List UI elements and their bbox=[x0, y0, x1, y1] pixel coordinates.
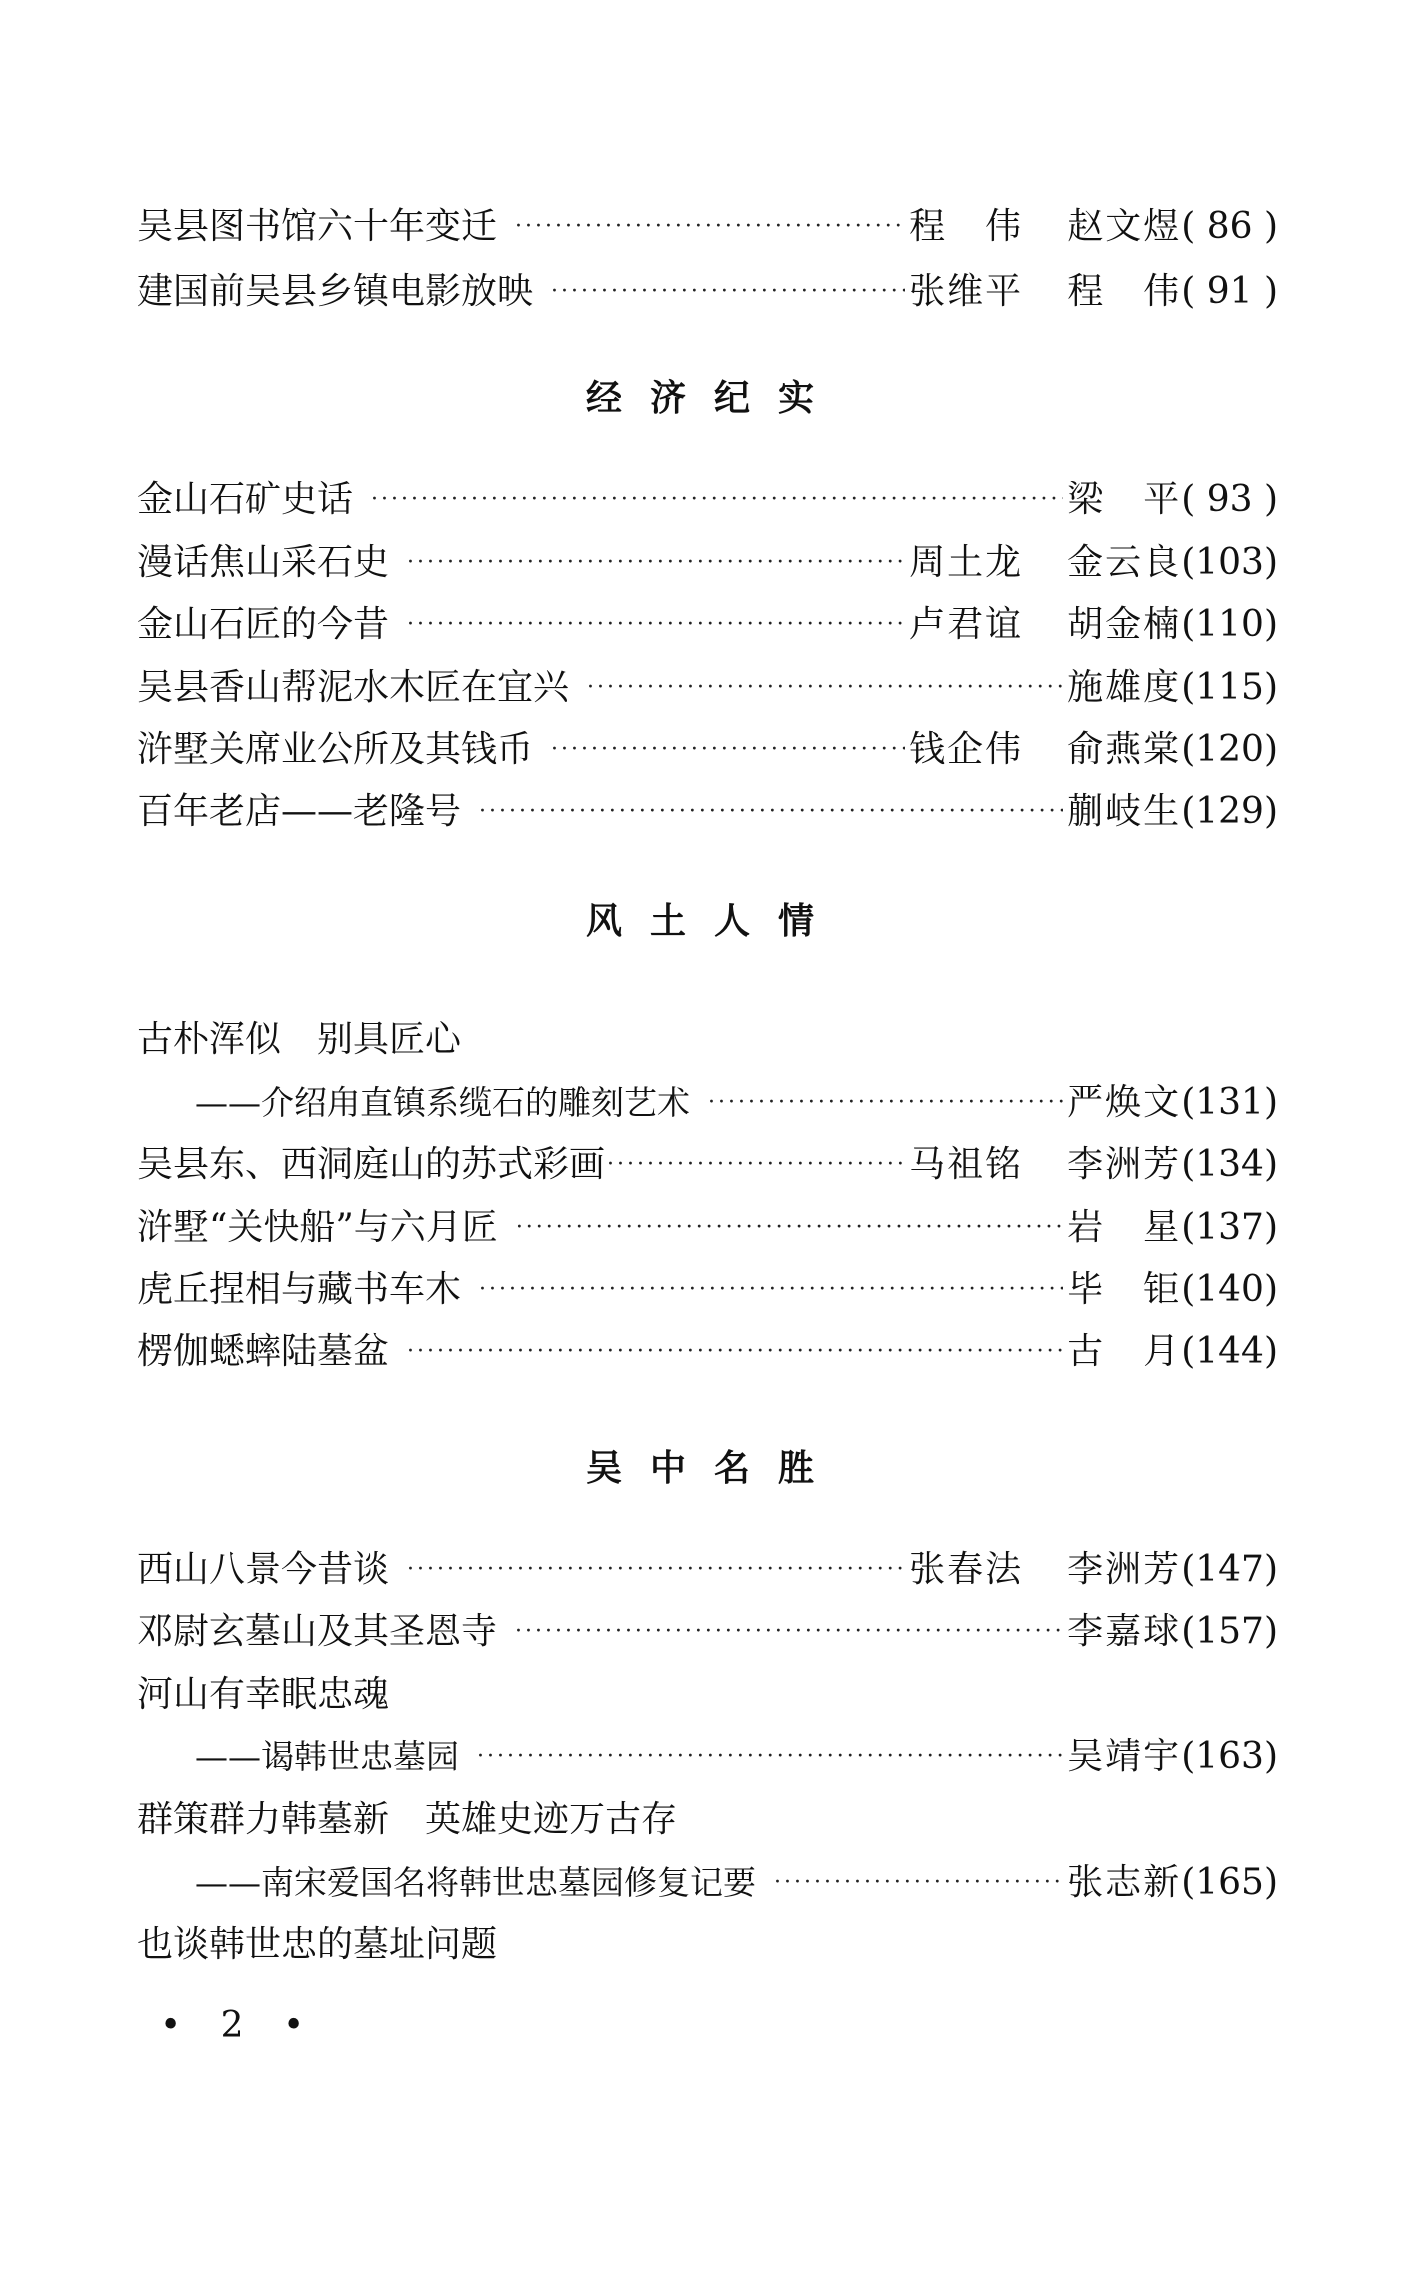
entry-author: 严焕文 bbox=[1067, 1078, 1181, 1128]
leader-dots bbox=[515, 202, 905, 252]
entry-author: 施雄度 bbox=[1067, 663, 1181, 713]
entry-page: (163) bbox=[1181, 1732, 1278, 1782]
leader-dots bbox=[551, 267, 905, 317]
entry-author: 卢君谊胡金楠 bbox=[909, 600, 1181, 650]
toc-entry: 也谈韩世忠的墓址问题 bbox=[137, 1920, 1278, 1970]
leader-dots bbox=[407, 1545, 905, 1595]
entry-subtitle: ——南宋爱国名将韩世忠墓园修复记要 bbox=[195, 1858, 756, 1908]
leader-dots bbox=[371, 475, 1063, 525]
leader-dots bbox=[516, 1203, 1063, 1253]
entry-title: 吴县香山帮泥水木匠在宜兴 bbox=[137, 663, 569, 713]
entry-author: 毕 钜 bbox=[1067, 1265, 1181, 1315]
entry-author: 马祖铭李洲芳 bbox=[909, 1140, 1181, 1190]
toc-entry: 漫话焦山采石史 周土龙金云良 (103) bbox=[137, 538, 1278, 588]
entry-page: ( 91 ) bbox=[1181, 267, 1278, 317]
entry-author: 钱企伟俞燕棠 bbox=[909, 725, 1181, 775]
entry-title: 西山八景今昔谈 bbox=[137, 1545, 389, 1595]
section-heading: 经济纪实 bbox=[0, 370, 1428, 421]
entry-page: (129) bbox=[1181, 787, 1278, 837]
entry-title: 建国前吴县乡镇电影放映 bbox=[137, 267, 533, 317]
toc-entry: 金山石匠的今昔 卢君谊胡金楠 (110) bbox=[137, 600, 1278, 650]
toc-entry: 吴县图书馆六十年变迁 程 伟赵文煜 ( 86 ) bbox=[137, 202, 1278, 252]
toc-entry: 古朴浑似 别具匠心 bbox=[137, 1015, 1278, 1065]
entry-author: 周土龙金云良 bbox=[909, 538, 1181, 588]
toc-entry: 建国前吴县乡镇电影放映 张维平程 伟 ( 91 ) bbox=[137, 267, 1278, 317]
toc-subentry: ——南宋爱国名将韩世忠墓园修复记要 张志新 (165) bbox=[195, 1858, 1278, 1908]
toc-entry: 百年老店——老隆号 蒯岐生 (129) bbox=[137, 787, 1278, 837]
page-number: • 2 • bbox=[160, 2005, 318, 2046]
entry-title: 百年老店——老隆号 bbox=[137, 787, 461, 837]
toc-entry: 吴县香山帮泥水木匠在宜兴 施雄度 (115) bbox=[137, 663, 1278, 713]
entry-page: (144) bbox=[1181, 1327, 1278, 1377]
leader-dots bbox=[407, 538, 905, 588]
toc-entry: 群策群力韩墓新 英雄史迹万古存 bbox=[137, 1795, 1278, 1845]
leader-dots bbox=[515, 1607, 1063, 1657]
entry-page: (120) bbox=[1181, 725, 1278, 775]
entry-author: 梁 平 bbox=[1067, 475, 1181, 525]
entry-author: 张志新 bbox=[1067, 1858, 1181, 1908]
entry-title: 群策群力韩墓新 英雄史迹万古存 bbox=[137, 1795, 677, 1845]
entry-author: 蒯岐生 bbox=[1067, 787, 1181, 837]
leader-dots bbox=[708, 1078, 1063, 1128]
entry-author: 张维平程 伟 bbox=[909, 267, 1181, 317]
entry-author: 李嘉球 bbox=[1067, 1607, 1181, 1657]
entry-title: 古朴浑似 别具匠心 bbox=[137, 1015, 461, 1065]
toc-entry: 邓尉玄墓山及其圣恩寺 李嘉球 (157) bbox=[137, 1607, 1278, 1657]
entry-page: (134) bbox=[1181, 1140, 1278, 1190]
leader-dots bbox=[479, 787, 1063, 837]
section-heading: 风土人情 bbox=[0, 893, 1428, 944]
leader-dots bbox=[407, 600, 905, 650]
entry-page: (137) bbox=[1181, 1203, 1278, 1253]
toc-entry: 河山有幸眠忠魂 bbox=[137, 1670, 1278, 1720]
entry-page: (103) bbox=[1181, 538, 1278, 588]
entry-subtitle: ——谒韩世忠墓园 bbox=[195, 1732, 459, 1782]
entry-title: 金山石匠的今昔 bbox=[137, 600, 389, 650]
entry-author: 岩 星 bbox=[1067, 1203, 1181, 1253]
entry-subtitle: ——介绍甪直镇系缆石的雕刻艺术 bbox=[195, 1078, 690, 1128]
entry-page: (110) bbox=[1181, 600, 1278, 650]
entry-page: ( 93 ) bbox=[1181, 475, 1278, 525]
entry-title: 邓尉玄墓山及其圣恩寺 bbox=[137, 1607, 497, 1657]
entry-page: (131) bbox=[1181, 1078, 1278, 1128]
section-heading: 吴中名胜 bbox=[0, 1440, 1428, 1491]
entry-title: 吴县图书馆六十年变迁 bbox=[137, 202, 497, 252]
leader-dots bbox=[551, 725, 905, 775]
entry-title: 也谈韩世忠的墓址问题 bbox=[137, 1920, 497, 1970]
toc-entry: 吴县东、西洞庭山的苏式彩画 马祖铭李洲芳 (134) bbox=[137, 1140, 1278, 1190]
toc-entry: 金山石矿史话 梁 平 ( 93 ) bbox=[137, 475, 1278, 525]
entry-title: 河山有幸眠忠魂 bbox=[137, 1670, 389, 1720]
entry-author: 古 月 bbox=[1067, 1327, 1181, 1377]
entry-author: 张春法李洲芳 bbox=[909, 1545, 1181, 1595]
leader-dots bbox=[587, 663, 1063, 713]
entry-page: ( 86 ) bbox=[1181, 202, 1278, 252]
toc-entry: 楞伽蟋蟀陆墓盆 古 月 (144) bbox=[137, 1327, 1278, 1377]
entry-page: (165) bbox=[1181, 1858, 1278, 1908]
toc-entry: 虎丘捏相与藏书车木 毕 钜 (140) bbox=[137, 1265, 1278, 1315]
toc-entry: 浒墅关席业公所及其钱币 钱企伟俞燕棠 (120) bbox=[137, 725, 1278, 775]
entry-title: 浒墅关席业公所及其钱币 bbox=[137, 725, 533, 775]
entry-page: (147) bbox=[1181, 1545, 1278, 1595]
entry-author: 吴靖宇 bbox=[1067, 1732, 1181, 1782]
toc-entry: 浒墅“关快船”与六月匠 岩 星 (137) bbox=[137, 1203, 1278, 1253]
leader-dots bbox=[774, 1858, 1063, 1908]
entry-title: 浒墅“关快船”与六月匠 bbox=[137, 1203, 498, 1253]
entry-title: 吴县东、西洞庭山的苏式彩画 bbox=[137, 1140, 605, 1190]
entry-title: 金山石矿史话 bbox=[137, 475, 353, 525]
entry-author: 程 伟赵文煜 bbox=[909, 202, 1181, 252]
leader-dots bbox=[479, 1265, 1063, 1315]
leader-dots bbox=[607, 1140, 905, 1190]
entry-page: (115) bbox=[1181, 663, 1278, 713]
entry-page: (140) bbox=[1181, 1265, 1278, 1315]
toc-subentry: ——谒韩世忠墓园 吴靖宇 (163) bbox=[195, 1732, 1278, 1782]
entry-title: 漫话焦山采石史 bbox=[137, 538, 389, 588]
entry-page: (157) bbox=[1181, 1607, 1278, 1657]
toc-entry: 西山八景今昔谈 张春法李洲芳 (147) bbox=[137, 1545, 1278, 1595]
toc-subentry: ——介绍甪直镇系缆石的雕刻艺术 严焕文 (131) bbox=[195, 1078, 1278, 1128]
leader-dots bbox=[477, 1732, 1063, 1782]
leader-dots bbox=[407, 1327, 1063, 1377]
entry-title: 虎丘捏相与藏书车木 bbox=[137, 1265, 461, 1315]
entry-title: 楞伽蟋蟀陆墓盆 bbox=[137, 1327, 389, 1377]
